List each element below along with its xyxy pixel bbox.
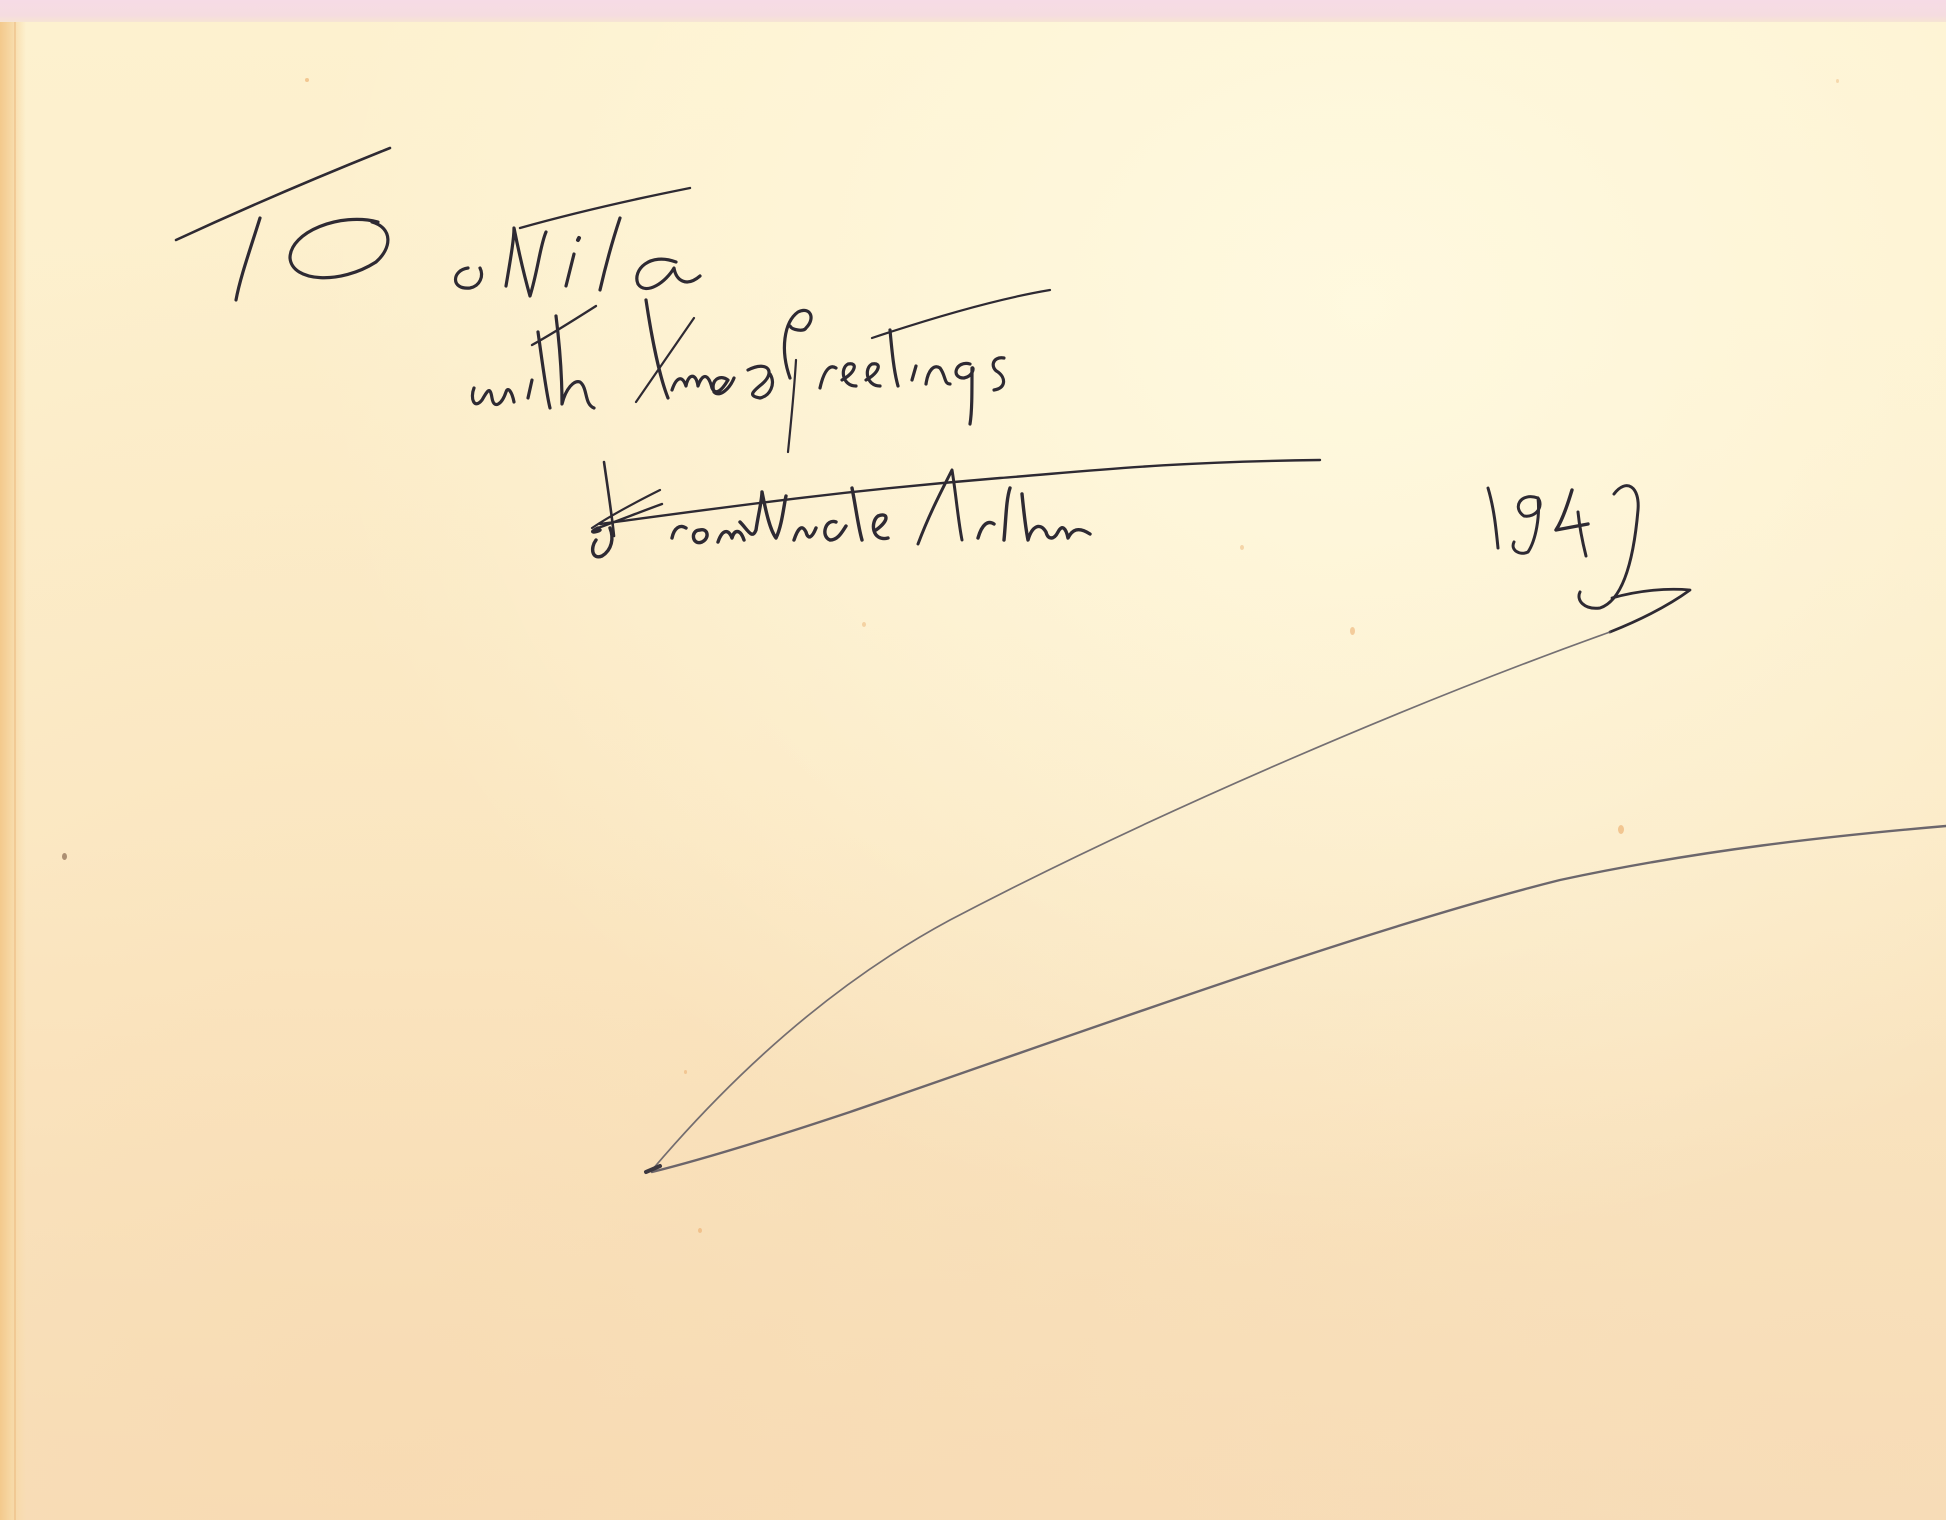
inscription-line-from-uncle-arthur bbox=[592, 460, 1690, 632]
book-flyleaf-page: To Nita with Xmas Greetings from Uncle A… bbox=[0, 0, 1946, 1520]
inscription-line-xmas-greetings bbox=[472, 290, 1050, 452]
handwritten-inscription bbox=[0, 0, 1946, 1520]
signature-flourish bbox=[646, 632, 1946, 1172]
inscription-line-to-nita bbox=[176, 148, 700, 300]
